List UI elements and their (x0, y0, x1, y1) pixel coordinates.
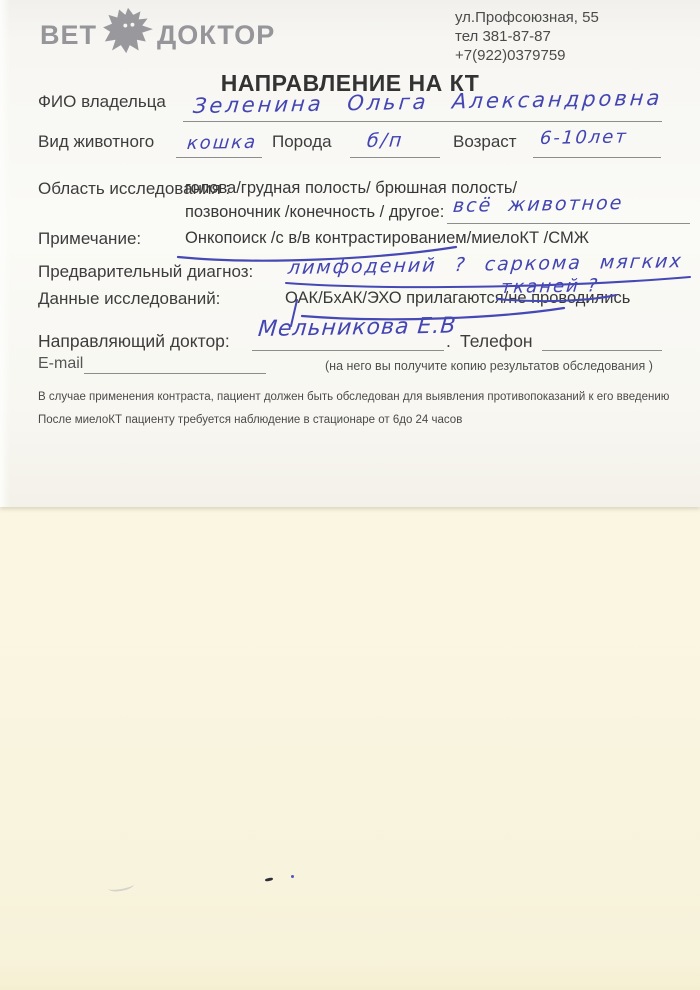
clinic-phone-mobile: +7(922)0379759 (455, 46, 599, 65)
footnote-contrast: В случае применения контраста, пациент д… (38, 391, 669, 403)
email-label: E-mail (38, 355, 83, 373)
study-area-other-handwritten: всё животное (452, 192, 624, 217)
studies-label: Данные исследований: (38, 289, 220, 309)
owner-name-label: ФИО владельца (38, 92, 166, 112)
clinic-logo: ВЕТ ДОКТОР (40, 16, 275, 54)
study-area-options-line2: позвоночник /конечность / другое: (185, 203, 444, 222)
diagnosis-label: Предварительный диагноз: (38, 262, 253, 282)
scan-smudge (107, 880, 134, 893)
logo-text-vet: ВЕТ (40, 22, 97, 49)
clinic-phone-local: тел 381-87-87 (455, 27, 599, 46)
breed-label: Порода (272, 132, 332, 152)
age-handwritten: 6-10лет (539, 126, 629, 149)
logo-text-doctor: ДОКТОР (157, 22, 275, 49)
breed-handwritten: б/п (366, 129, 404, 152)
referral-form-paper: ВЕТ ДОКТОР ул.Профсоюзная, 55 тел 381-87… (0, 0, 700, 507)
doctor-handwritten: Мельникова Е.В (257, 313, 458, 342)
email-blank (84, 353, 266, 374)
doctor-period: . (446, 331, 451, 352)
clinic-contact-block: ул.Профсоюзная, 55 тел 381-87-87 +7(922)… (455, 8, 599, 65)
email-hint: (на него вы получите копию результатов о… (325, 359, 653, 373)
phone-label: Телефон (460, 331, 533, 352)
diagnosis-handwritten-line1: лимфодений ? саркома мягких (287, 250, 684, 279)
species-label: Вид животного (38, 132, 154, 152)
age-label: Возраст (453, 132, 517, 152)
footnote-myelo: После миелоКТ пациенту требуется наблюде… (38, 414, 462, 426)
cat-icon (101, 6, 155, 54)
scan-speck-dark (265, 877, 273, 882)
phone-blank (542, 330, 662, 351)
clinic-address: ул.Профсоюзная, 55 (455, 8, 599, 27)
doctor-label: Направляющий доктор: (38, 331, 230, 352)
note-label: Примечание: (38, 229, 141, 249)
species-handwritten: кошка (186, 132, 258, 154)
note-options: Онкопоиск /с в/в контрастированием/миело… (185, 229, 589, 248)
scan-speck-blue (291, 875, 294, 878)
studies-options: ОАК/БхАК/ЭХО прилагаются/не проводились (285, 289, 630, 308)
